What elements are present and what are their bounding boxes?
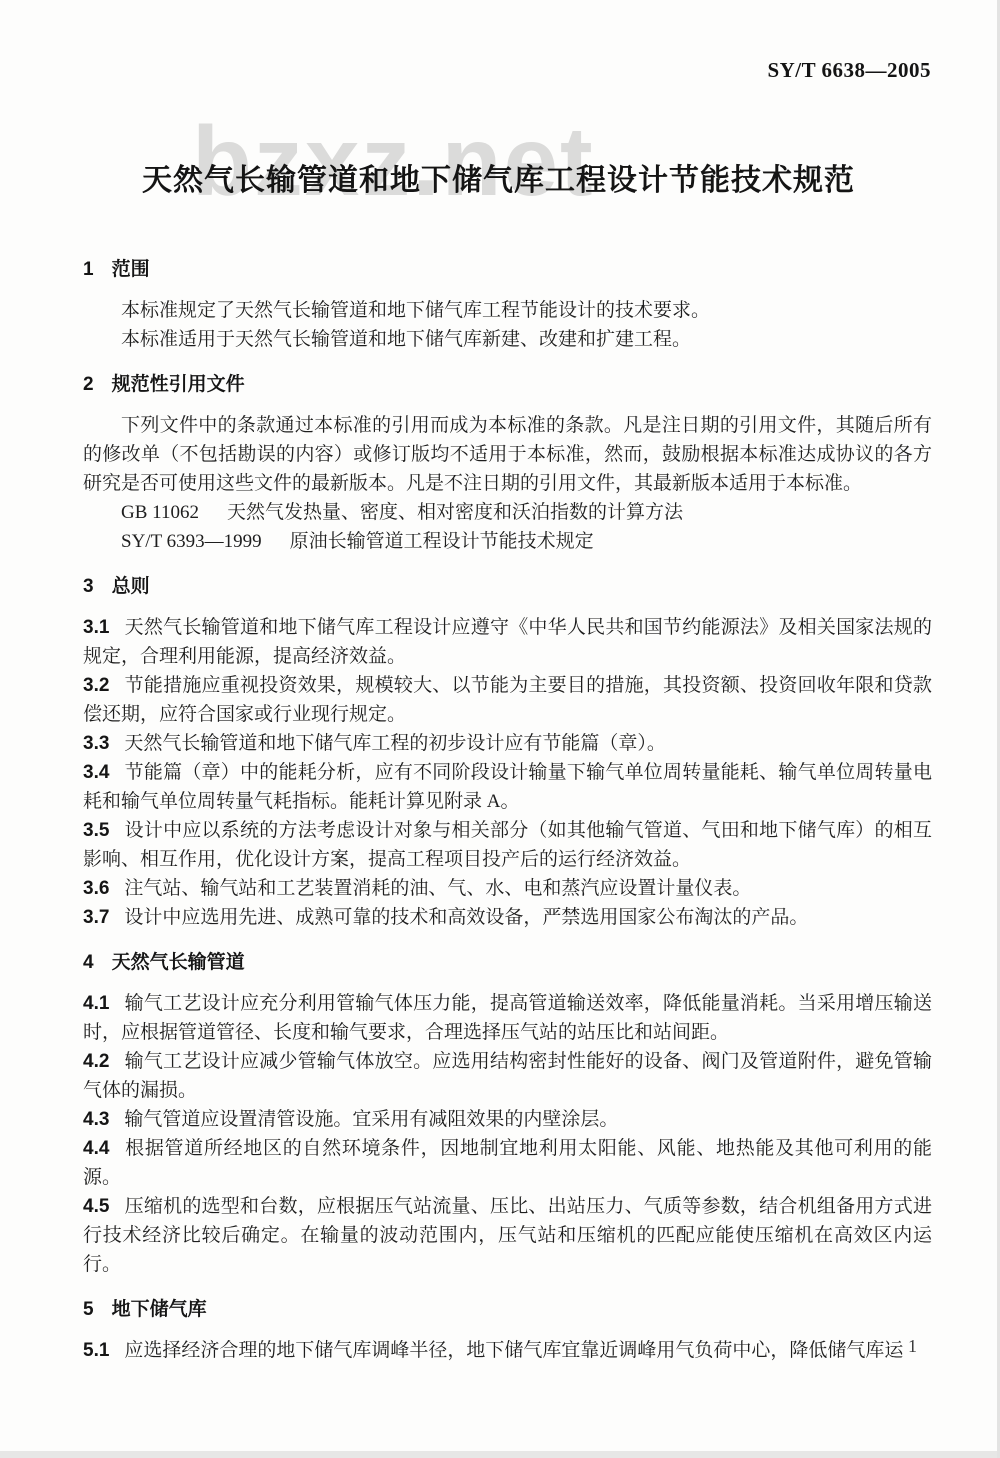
clause: 5.1应选择经济合理的地下储气库调峰半径，地下储气库宜靠近调峰用气负荷中心，降低… <box>83 1336 932 1365</box>
clause: 3.7设计中应选用先进、成熟可靠的技术和高效设备，严禁选用国家公布淘汰的产品。 <box>83 903 932 932</box>
clause-number: 3.5 <box>83 820 109 841</box>
paragraph: 本标准规定了天然气长输管道和地下储气库工程节能设计的技术要求。 <box>83 296 932 325</box>
section-title: 地下储气库 <box>112 1299 207 1320</box>
section-number: 1 <box>83 255 94 284</box>
section-title: 范围 <box>112 259 150 280</box>
clause: 4.3输气管道应设置清管设施。宜采用有减阻效果的内壁涂层。 <box>83 1105 932 1134</box>
clause: 4.1输气工艺设计应充分利用管输气体压力能，提高管道输送效率，降低能量消耗。当采… <box>83 989 932 1047</box>
clause-number: 4.5 <box>83 1196 109 1217</box>
clause-text: 应选择经济合理的地下储气库调峰半径，地下储气库宜靠近调峰用气负荷中心，降低储气库… <box>124 1340 903 1361</box>
clause: 3.6注气站、输气站和工艺装置消耗的油、气、水、电和蒸汽应设置计量仪表。 <box>83 874 932 903</box>
clause-number: 5.1 <box>83 1340 109 1361</box>
clause-text: 天然气长输管道和地下储气库工程的初步设计应有节能篇（章）。 <box>124 733 666 754</box>
clause-number: 3.1 <box>83 617 109 638</box>
clause-number: 3.3 <box>83 733 109 754</box>
section-5-heading: 5地下储气库 <box>83 1295 932 1324</box>
clause: 4.2输气工艺设计应减少管输气体放空。应选用结构密封性能好的设备、阀门及管道附件… <box>83 1047 932 1105</box>
section-3-heading: 3总则 <box>83 572 932 601</box>
clause-text: 输气工艺设计应充分利用管输气体压力能，提高管道输送效率，降低能量消耗。当采用增压… <box>83 993 932 1043</box>
section-4-heading: 4天然气长输管道 <box>83 948 932 977</box>
document-page: SY/T 6638—2005 bzxz.net 天然气长输管道和地下储气库工程设… <box>0 0 1000 1458</box>
document-body: 1范围 本标准规定了天然气长输管道和地下储气库工程节能设计的技术要求。 本标准适… <box>83 255 932 1365</box>
clause: 3.2节能措施应重视投资效果，规模较大、以节能为主要目的措施，其投资额、投资回收… <box>83 671 932 729</box>
section-1-heading: 1范围 <box>83 255 932 284</box>
doc-number: SY/T 6638—2005 <box>767 58 931 83</box>
clause-text: 输气管道应设置清管设施。宜采用有减阻效果的内壁涂层。 <box>124 1109 618 1130</box>
paragraph: 下列文件中的条款通过本标准的引用而成为本标准的条款。凡是注日期的引用文件，其随后… <box>83 411 932 498</box>
scan-bottom-edge <box>0 1451 997 1458</box>
reference-name: 天然气发热量、密度、相对密度和沃泊指数的计算方法 <box>227 502 683 523</box>
reference-name: 原油长输管道工程设计节能技术规定 <box>290 531 594 552</box>
clause-text: 输气工艺设计应减少管输气体放空。应选用结构密封性能好的设备、阀门及管道附件，避免… <box>83 1051 932 1101</box>
section-2-heading: 2规范性引用文件 <box>83 370 932 399</box>
section-number: 4 <box>83 948 94 977</box>
reference-item: SY/T 6393—1999原油长输管道工程设计节能技术规定 <box>83 527 932 556</box>
clause: 4.4根据管道所经地区的自然环境条件，因地制宜地利用太阳能、风能、地热能及其他可… <box>83 1134 932 1192</box>
clause: 3.4节能篇（章）中的能耗分析，应有不同阶段设计输量下输气单位周转量能耗、输气单… <box>83 758 932 816</box>
clause: 4.5压缩机的选型和台数，应根据压气站流量、压比、出站压力、气质等参数，结合机组… <box>83 1192 932 1279</box>
clause-number: 3.7 <box>83 907 109 928</box>
section-number: 3 <box>83 572 94 601</box>
clause-number: 3.6 <box>83 878 109 899</box>
reference-code: SY/T 6393—1999 <box>121 527 262 556</box>
section-number: 5 <box>83 1295 94 1324</box>
clause-number: 4.4 <box>83 1138 109 1159</box>
clause-text: 天然气长输管道和地下储气库工程设计应遵守《中华人民共和国节约能源法》及相关国家法… <box>83 617 932 667</box>
clause-text: 设计中应选用先进、成熟可靠的技术和高效设备，严禁选用国家公布淘汰的产品。 <box>124 907 808 928</box>
clause-number: 3.2 <box>83 675 109 696</box>
clause-text: 节能篇（章）中的能耗分析，应有不同阶段设计输量下输气单位周转量能耗、输气单位周转… <box>83 762 932 812</box>
paragraph: 本标准适用于天然气长输管道和地下储气库新建、改建和扩建工程。 <box>83 325 932 354</box>
page-number: 1 <box>908 1336 917 1357</box>
reference-code: GB 11062 <box>121 498 199 527</box>
clause-text: 节能措施应重视投资效果，规模较大、以节能为主要目的措施，其投资额、投资回收年限和… <box>83 675 932 725</box>
clause-number: 4.3 <box>83 1109 109 1130</box>
clause-text: 设计中应以系统的方法考虑设计对象与相关部分（如其他输气管道、气田和地下储气库）的… <box>83 820 932 870</box>
clause: 3.5设计中应以系统的方法考虑设计对象与相关部分（如其他输气管道、气田和地下储气… <box>83 816 932 874</box>
clause-number: 4.1 <box>83 993 109 1014</box>
reference-item: GB 11062天然气发热量、密度、相对密度和沃泊指数的计算方法 <box>83 498 932 527</box>
clause-number: 4.2 <box>83 1051 109 1072</box>
section-title: 规范性引用文件 <box>112 374 245 395</box>
doc-title: 天然气长输管道和地下储气库工程设计节能技术规范 <box>0 162 997 200</box>
section-title: 天然气长输管道 <box>112 952 245 973</box>
clause-text: 根据管道所经地区的自然环境条件，因地制宜地利用太阳能、风能、地热能及其他可利用的… <box>83 1138 932 1188</box>
clause-text: 注气站、输气站和工艺装置消耗的油、气、水、电和蒸汽应设置计量仪表。 <box>124 878 751 899</box>
clause-text: 压缩机的选型和台数，应根据压气站流量、压比、出站压力、气质等参数，结合机组备用方… <box>83 1196 932 1275</box>
clause: 3.1天然气长输管道和地下储气库工程设计应遵守《中华人民共和国节约能源法》及相关… <box>83 613 932 671</box>
clause-number: 3.4 <box>83 762 109 783</box>
section-number: 2 <box>83 370 94 399</box>
clause: 3.3天然气长输管道和地下储气库工程的初步设计应有节能篇（章）。 <box>83 729 932 758</box>
section-title: 总则 <box>112 576 150 597</box>
